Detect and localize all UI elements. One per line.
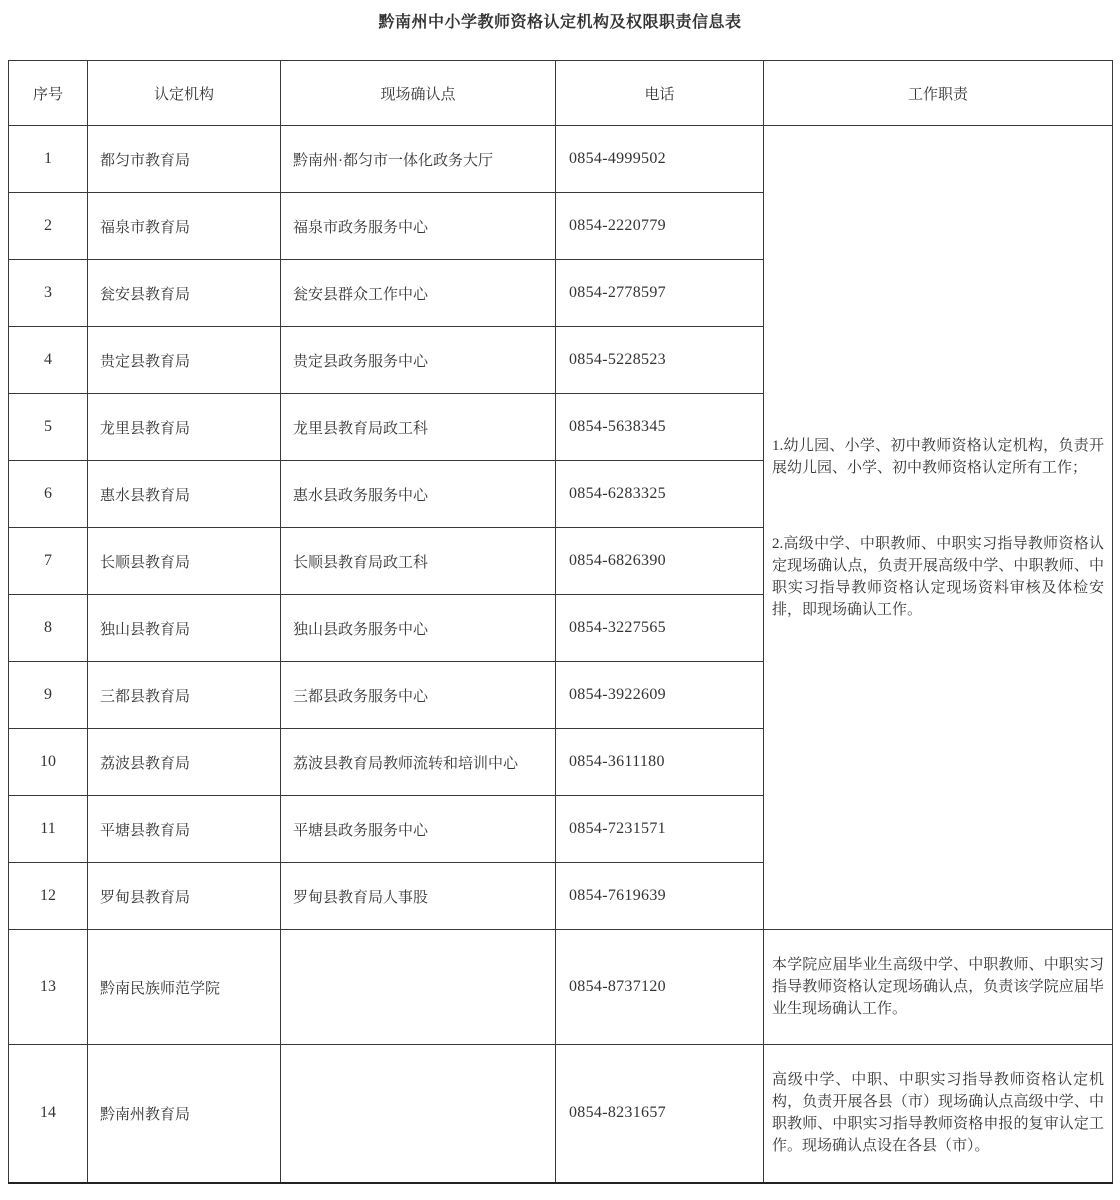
cell-no: 2 [9, 193, 88, 260]
header-cell-org: 认定机构 [88, 61, 281, 126]
cell-site: 独山县政务服务中心 [281, 595, 556, 662]
cell-org: 瓮安县教育局 [88, 260, 281, 327]
duty-cell-merged: 1.幼儿园、小学、初中教师资格认定机构，负责开展幼儿园、小学、初中教师资格认定所… [764, 126, 1113, 930]
cell-phone: 0854-8737120 [556, 930, 764, 1045]
cell-no: 11 [9, 796, 88, 863]
cell-no: 13 [9, 930, 88, 1045]
cell-site: 福泉市政务服务中心 [281, 193, 556, 260]
page-title: 黔南州中小学教师资格认定机构及权限职责信息表 [0, 0, 1120, 32]
cell-org: 龙里县教育局 [88, 394, 281, 461]
cell-no: 9 [9, 662, 88, 729]
cell-phone: 0854-6283325 [556, 461, 764, 528]
cell-phone: 0854-5638345 [556, 394, 764, 461]
cell-phone: 0854-6826390 [556, 528, 764, 595]
cell-phone: 0854-3922609 [556, 662, 764, 729]
cell-phone: 0854-3611180 [556, 729, 764, 796]
cell-phone: 0854-2220779 [556, 193, 764, 260]
cell-org: 罗甸县教育局 [88, 863, 281, 930]
duty-paragraph-1: 1.幼儿园、小学、初中教师资格认定机构，负责开展幼儿园、小学、初中教师资格认定所… [772, 435, 1104, 479]
cell-site: 长顺县教育局政工科 [281, 528, 556, 595]
cell-no: 12 [9, 863, 88, 930]
cell-org: 黔南民族师范学院 [88, 930, 281, 1045]
cell-no: 5 [9, 394, 88, 461]
cell-phone: 0854-4999502 [556, 126, 764, 193]
cell-no: 14 [9, 1045, 88, 1183]
cell-phone: 0854-7619639 [556, 863, 764, 930]
cell-phone: 0854-5228523 [556, 327, 764, 394]
cell-no: 7 [9, 528, 88, 595]
cell-site: 平塘县政务服务中心 [281, 796, 556, 863]
cell-site: 贵定县政务服务中心 [281, 327, 556, 394]
duty-paragraph-2: 2.高级中学、中职教师、中职实习指导教师资格认定现场确认点，负责开展高级中学、中… [772, 533, 1104, 621]
cell-org: 荔波县教育局 [88, 729, 281, 796]
cell-no: 10 [9, 729, 88, 796]
cell-site [281, 930, 556, 1045]
table-row: 1 都匀市教育局 黔南州·都匀市一体化政务大厅 0854-4999502 1.幼… [9, 126, 1113, 193]
cell-site: 三都县政务服务中心 [281, 662, 556, 729]
cell-org: 独山县教育局 [88, 595, 281, 662]
cell-site: 荔波县教育局教师流转和培训中心 [281, 729, 556, 796]
header-cell-no: 序号 [9, 61, 88, 126]
duty-cell-row-13: 本学院应届毕业生高级中学、中职教师、中职实习指导教师资格认定现场确认点，负责该学… [764, 930, 1113, 1045]
duty-cell-row-14: 高级中学、中职、中职实习指导教师资格认定机构，负责开展各县（市）现场确认点高级中… [764, 1045, 1113, 1183]
cell-no: 4 [9, 327, 88, 394]
cell-site [281, 1045, 556, 1183]
cell-phone: 0854-8231657 [556, 1045, 764, 1183]
cell-org: 惠水县教育局 [88, 461, 281, 528]
cell-org: 贵定县教育局 [88, 327, 281, 394]
cell-no: 8 [9, 595, 88, 662]
table-row: 13 黔南民族师范学院 0854-8737120 本学院应届毕业生高级中学、中职… [9, 930, 1113, 1045]
cell-org: 福泉市教育局 [88, 193, 281, 260]
cell-org: 长顺县教育局 [88, 528, 281, 595]
header-cell-site: 现场确认点 [281, 61, 556, 126]
cell-org: 都匀市教育局 [88, 126, 281, 193]
cell-no: 6 [9, 461, 88, 528]
cell-site: 罗甸县教育局人事股 [281, 863, 556, 930]
cell-phone: 0854-3227565 [556, 595, 764, 662]
header-cell-phone: 电话 [556, 61, 764, 126]
table-row: 14 黔南州教育局 0854-8231657 高级中学、中职、中职实习指导教师资… [9, 1045, 1113, 1183]
cell-org: 三都县教育局 [88, 662, 281, 729]
cell-org: 平塘县教育局 [88, 796, 281, 863]
cell-phone: 0854-7231571 [556, 796, 764, 863]
header-cell-duty: 工作职责 [764, 61, 1113, 126]
cell-site: 龙里县教育局政工科 [281, 394, 556, 461]
header-row: 序号 认定机构 现场确认点 电话 工作职责 [9, 61, 1113, 126]
cell-phone: 0854-2778597 [556, 260, 764, 327]
cell-no: 3 [9, 260, 88, 327]
cell-no: 1 [9, 126, 88, 193]
cell-site: 瓮安县群众工作中心 [281, 260, 556, 327]
cell-site: 黔南州·都匀市一体化政务大厅 [281, 126, 556, 193]
certification-info-table: 序号 认定机构 现场确认点 电话 工作职责 1 都匀市教育局 黔南州·都匀市一体… [8, 60, 1113, 1184]
cell-org: 黔南州教育局 [88, 1045, 281, 1183]
cell-site: 惠水县政务服务中心 [281, 461, 556, 528]
